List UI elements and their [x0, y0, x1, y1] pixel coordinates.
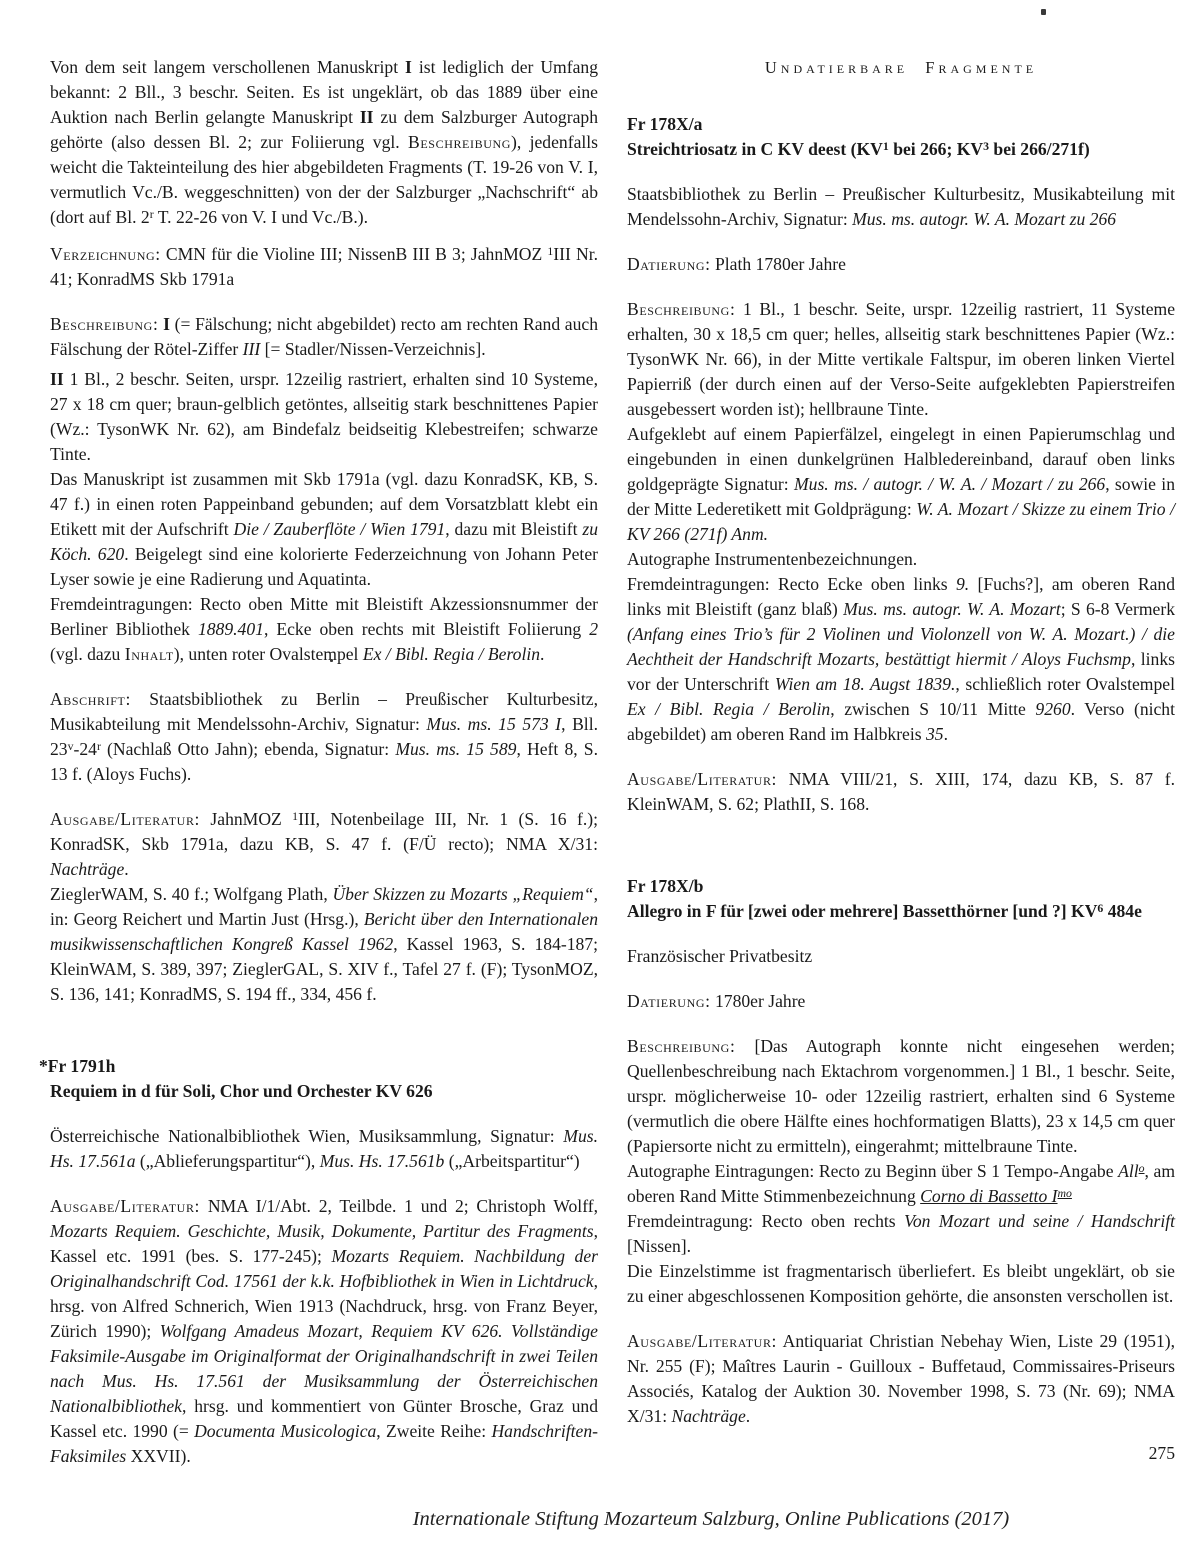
repository-paragraph-fr1791h: Österreichische Nationalbibliothek Wien,… [50, 1124, 598, 1174]
ink-speck [330, 659, 333, 662]
entry-heading-fr178xa-id: Fr 178X/a [627, 112, 1175, 137]
beschreibung-paragraph-fr178xa-1: Beschreibung: 1 Bl., 1 beschr. Seite, ur… [627, 297, 1175, 422]
repository-paragraph-fr178xa: Staatsbibliothek zu Berlin – Preußischer… [627, 182, 1175, 232]
page-number: 275 [627, 1441, 1175, 1466]
intro-paragraph: Von dem seit langem verschollenen Manusk… [50, 55, 598, 230]
entry-heading-fr1791h-title: Requiem in d für Soli, Chor und Orcheste… [50, 1079, 598, 1104]
beschreibung-paragraph-fr178xa-2: Aufgeklebt auf einem Papierfälzel, einge… [627, 422, 1175, 547]
ausgabe-literatur-paragraph-fr178xb: Ausgabe/Literatur: Antiquariat Christian… [627, 1329, 1175, 1429]
footer-credit: Internationale Stiftung Mozarteum Salzbu… [0, 1508, 1200, 1531]
beschreibung-paragraph-2: II 1 Bl., 2 beschr. Seiten, urspr. 12zei… [50, 367, 598, 467]
repository-paragraph-fr178xb: Französischer Privatbesitz [627, 944, 1175, 969]
left-column: Von dem seit langem verschollenen Manusk… [50, 55, 598, 1469]
page-body: Von dem seit langem verschollenen Manusk… [50, 55, 1175, 1469]
fremdeintragungen-paragraph-fr178xa: Fremdeintragungen: Recto Ecke oben links… [627, 572, 1175, 747]
entry-heading-fr1791h-id: *Fr 1791h [50, 1054, 598, 1079]
entry-heading-fr178xb-title: Allegro in F für [zwei oder mehrere] Bas… [627, 899, 1175, 924]
beschreibung-paragraph-fr178xb-2: Autographe Eintragungen: Recto zu Beginn… [627, 1159, 1175, 1209]
running-head: Undatierbare Fragmente [627, 55, 1175, 80]
datierung-paragraph-fr178xb: Datierung: 1780er Jahre [627, 989, 1175, 1014]
ausgabe-literatur-paragraph-2: ZieglerWAM, S. 40 f.; Wolfgang Plath, Üb… [50, 882, 598, 1007]
beschreibung-paragraph-3: Das Manuskript ist zusammen mit Skb 1791… [50, 467, 598, 592]
beschreibung-paragraph-fr178xb-3: Die Einzelstimme ist fragmentarisch über… [627, 1259, 1175, 1309]
entry-heading-fr178xb-id: Fr 178X/b [627, 874, 1175, 899]
entry-heading-fr178xa-title: Streichtriosatz in C KV deest (KV1 bei 2… [627, 137, 1175, 162]
fremdeintragung-paragraph-fr178xb: Fremdeintragung: Recto oben rechts Von M… [627, 1209, 1175, 1259]
fremdeintragungen-paragraph: Fremdeintragungen: Recto oben Mitte mit … [50, 592, 598, 667]
ausgabe-literatur-paragraph-1: Ausgabe/Literatur: JahnMOZ 1III, Notenbe… [50, 807, 598, 882]
datierung-paragraph-fr178xa: Datierung: Plath 1780er Jahre [627, 252, 1175, 277]
abschrift-paragraph: Abschrift: Staatsbibliothek zu Berlin – … [50, 687, 598, 787]
ink-speck [1041, 9, 1046, 15]
ausgabe-literatur-paragraph-fr178xa: Ausgabe/Literatur: NMA VIII/21, S. XIII,… [627, 767, 1175, 817]
beschreibung-paragraph-fr178xb-1: Beschreibung: [Das Autograph konnte nich… [627, 1034, 1175, 1159]
beschreibung-paragraph-1: Beschreibung: I (= Fälschung; nicht abge… [50, 312, 598, 362]
right-column: Undatierbare FragmenteFr 178X/aStreichtr… [627, 55, 1175, 1469]
verzeichnung-paragraph: Verzeichnung: CMN für die Violine III; N… [50, 242, 598, 292]
ausgabe-literatur-paragraph-fr1791h: Ausgabe/Literatur: NMA I/1/Abt. 2, Teilb… [50, 1194, 598, 1469]
beschreibung-paragraph-fr178xa-3: Autographe Instrumentenbezeichnungen. [627, 547, 1175, 572]
